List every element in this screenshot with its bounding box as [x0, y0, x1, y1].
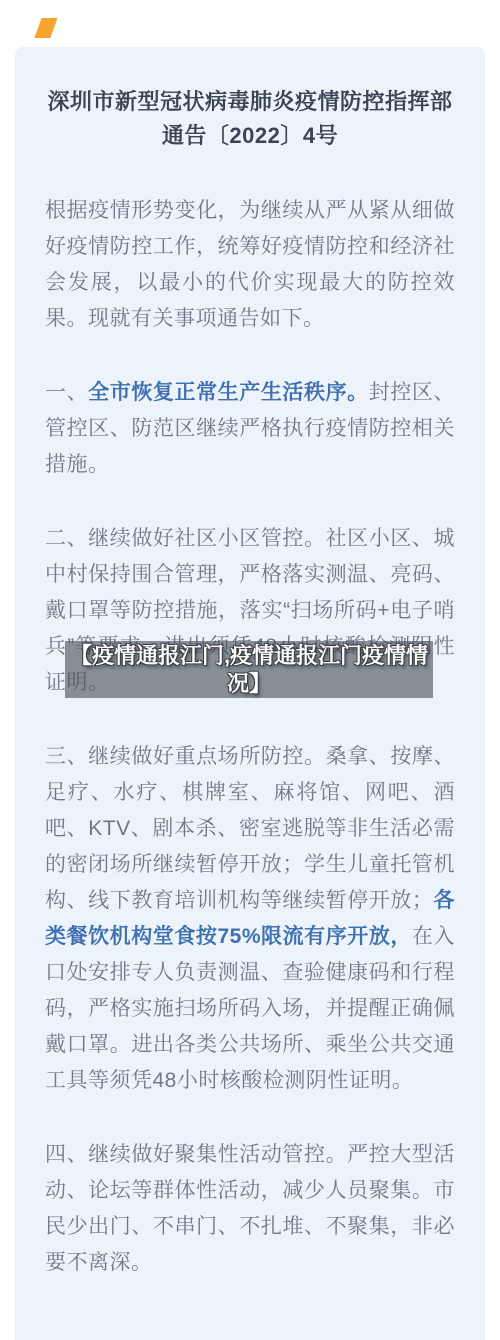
item-1-paragraph: 一、全市恢复正常生产生活秩序。封控区、管控区、防范区继续严格执行疫情防控相关措施…	[45, 375, 455, 483]
page-title: 深圳市新型冠状病毒肺炎疫情防控指挥部 通告〔2022〕4号	[45, 85, 455, 153]
orange-parallelogram-icon	[34, 18, 57, 38]
item-3-paragraph: 三、继续做好重点场所防控。桑拿、按摩、足疗、水疗、棋牌室、麻将馆、网吧、酒吧、K…	[45, 739, 455, 1099]
item-4-text: 四、继续做好聚集性活动管控。严控大型活动、论坛等群体性活动，减少人员聚集。市民少…	[45, 1143, 455, 1274]
title-line-1: 深圳市新型冠状病毒肺炎疫情防控指挥部	[45, 85, 455, 119]
item-1-highlight: 全市恢复正常生产生活秩序。	[88, 381, 369, 404]
item-3-after: 在入口处安排专人负责测温、查验健康码和行程码，严格实施扫场所码入场，并提醒正确佩…	[45, 925, 455, 1092]
item-3-before: 三、继续做好重点场所防控。桑拿、按摩、足疗、水疗、棋牌室、麻将馆、网吧、酒吧、K…	[45, 745, 455, 912]
item-1-prefix: 一、	[45, 381, 88, 404]
watermark-overlay: 【疫情通报江门,疫情通报江门疫情情 况】	[65, 641, 433, 698]
notice-page: 深圳市新型冠状病毒肺炎疫情防控指挥部 通告〔2022〕4号 根据疫情形势变化，为…	[0, 0, 500, 1340]
title-line-2: 通告〔2022〕4号	[45, 119, 455, 153]
intro-paragraph: 根据疫情形势变化，为继续从严从紧从细做好疫情防控工作，统筹好疫情防控和经济社会发…	[45, 193, 455, 337]
watermark-line-2: 况】	[65, 670, 433, 698]
intro-text: 根据疫情形势变化，为继续从严从紧从细做好疫情防控工作，统筹好疫情防控和经济社会发…	[45, 199, 455, 330]
watermark-line-1: 【疫情通报江门,疫情通报江门疫情情	[65, 642, 433, 670]
item-4-paragraph: 四、继续做好聚集性活动管控。严控大型活动、论坛等群体性活动，减少人员聚集。市民少…	[45, 1137, 455, 1281]
